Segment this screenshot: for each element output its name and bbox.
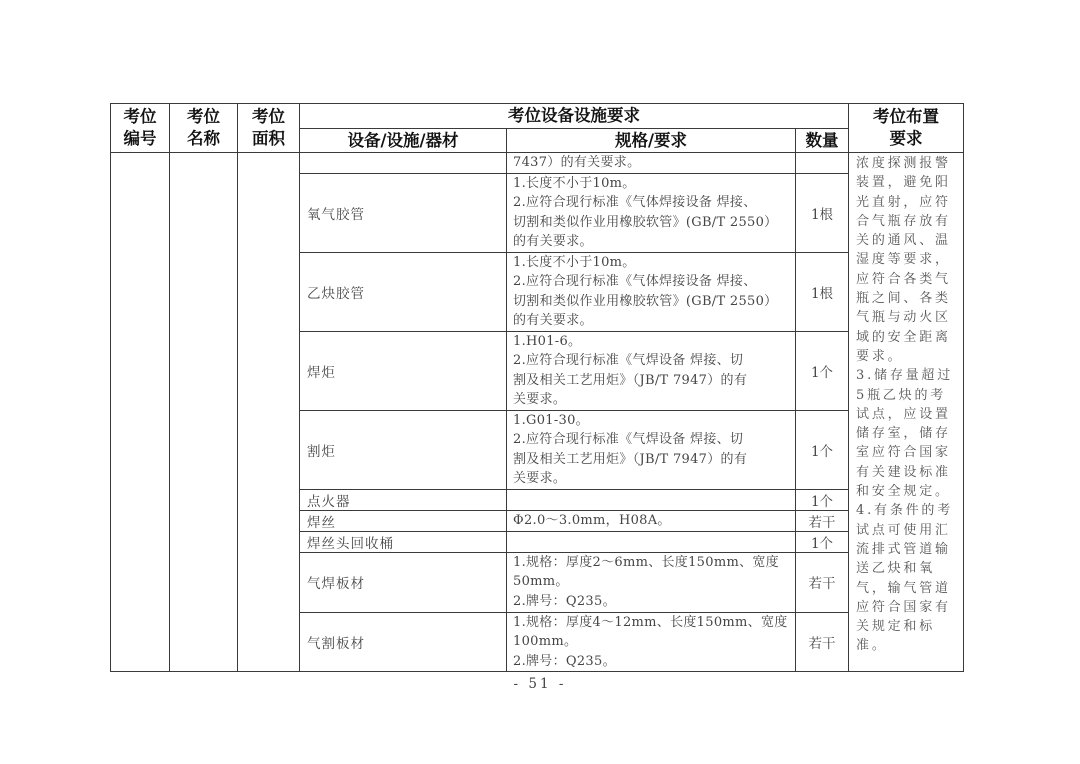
- layout-requirement-line: 4.有条件的考: [856, 501, 956, 520]
- page-number: - 51 -: [0, 676, 1080, 692]
- cell-spec: 1.规格：厚度4～12mm、长度150mm、宽度100mm。2.牌号：Q235。: [507, 612, 796, 672]
- header-exam-area: 考位面积: [238, 104, 300, 153]
- cell-spec: 1.长度不小于10m。2.应符合现行标准《气体焊接设备 焊接、切割和类似作业用橡…: [507, 252, 796, 331]
- layout-requirement-line: 装置，避免阳: [856, 173, 956, 192]
- table-row: 7437）的有关要求。 浓度探测报警装置，避免阳光直射，应符合气瓶存放有关的通风…: [111, 153, 964, 174]
- cell-equipment: 焊丝: [300, 510, 507, 531]
- cell-quantity: 若干: [796, 552, 849, 612]
- cell-equipment: 气焊板材: [300, 552, 507, 612]
- layout-requirement-line: 瓶之间、各类: [856, 289, 956, 308]
- layout-requirement-line: 和安全规定。: [856, 482, 956, 501]
- layout-requirement-line: 流排式管道输: [856, 540, 956, 559]
- cell-spec: 1.H01-6。2.应符合现行标准《气焊设备 焊接、切割及相关工艺用炬》（JB/…: [507, 331, 796, 410]
- layout-requirement-line: 浓度探测报警: [856, 154, 956, 173]
- layout-requirement-line: 试点可使用汇: [856, 521, 956, 540]
- cell-equipment: 点火器: [300, 489, 507, 510]
- cell-spec: [507, 531, 796, 552]
- cell-quantity: 1个: [796, 331, 849, 410]
- cell-quantity: 1根: [796, 252, 849, 331]
- cell-quantity: 1根: [796, 173, 849, 252]
- layout-requirement-line: 有关建设标准: [856, 463, 956, 482]
- layout-requirement-line: 应符合各类气: [856, 270, 956, 289]
- layout-requirement-line: 送乙炔和氧: [856, 559, 956, 578]
- layout-requirement-line: 关的通风、温: [856, 231, 956, 250]
- cell-equipment: 乙炔胶管: [300, 252, 507, 331]
- cell-equipment: 气割板材: [300, 612, 507, 672]
- layout-requirement-line: 湿度等要求，: [856, 250, 956, 269]
- cell-exam-name: [170, 153, 238, 672]
- exam-equipment-table: 考位编号 考位名称 考位面积 考位设备设施要求 考位布置要求 设备/设施/器材 …: [110, 103, 964, 672]
- cell-spec: 7437）的有关要求。: [507, 153, 796, 174]
- header-spec: 规格/要求: [507, 129, 796, 153]
- header-layout-requirements: 考位布置要求: [849, 104, 964, 153]
- cell-layout-requirements: 浓度探测报警装置，避免阳光直射，应符合气瓶存放有关的通风、温湿度等要求，应符合各…: [849, 153, 964, 672]
- cell-equipment: 氧气胶管: [300, 173, 507, 252]
- layout-requirement-line: 室应符合国家: [856, 443, 956, 462]
- cell-equipment: 焊炬: [300, 331, 507, 410]
- layout-requirement-line: 光直射，应符: [856, 193, 956, 212]
- layout-requirement-line: 准。: [856, 636, 956, 655]
- layout-requirement-line: 气，输气管道: [856, 579, 956, 598]
- header-exam-id: 考位编号: [111, 104, 170, 153]
- cell-spec: 1.长度不小于10m。2.应符合现行标准《气体焊接设备 焊接、切割和类似作业用橡…: [507, 173, 796, 252]
- header-quantity: 数量: [796, 129, 849, 153]
- layout-requirement-line: 气瓶与动火区: [856, 308, 956, 327]
- layout-requirement-line: 储存室，储存: [856, 424, 956, 443]
- cell-exam-id: [111, 153, 170, 672]
- header-exam-name: 考位名称: [170, 104, 238, 153]
- header-equipment: 设备/设施/器材: [300, 129, 507, 153]
- cell-quantity: 1个: [796, 489, 849, 510]
- cell-quantity: [796, 153, 849, 174]
- layout-requirement-line: 试点，应设置: [856, 405, 956, 424]
- layout-requirement-line: 要求。: [856, 347, 956, 366]
- layout-requirement-line: 5瓶乙炔的考: [856, 386, 956, 405]
- cell-quantity: 1个: [796, 531, 849, 552]
- layout-requirement-line: 合气瓶存放有: [856, 212, 956, 231]
- layout-requirement-line: 应符合国家有: [856, 598, 956, 617]
- layout-requirement-line: 3.储存量超过: [856, 366, 956, 385]
- header-equipment-requirements: 考位设备设施要求: [300, 104, 849, 129]
- cell-quantity: 若干: [796, 612, 849, 672]
- cell-quantity: 若干: [796, 510, 849, 531]
- cell-spec: [507, 489, 796, 510]
- cell-exam-area: [238, 153, 300, 672]
- cell-equipment: 焊丝头回收桶: [300, 531, 507, 552]
- cell-spec: 1.G01-30。2.应符合现行标准《气焊设备 焊接、切割及相关工艺用炬》（JB…: [507, 410, 796, 489]
- cell-equipment: [300, 153, 507, 174]
- cell-equipment: 割炬: [300, 410, 507, 489]
- cell-spec: 1.规格：厚度2～6mm、长度150mm、宽度50mm。2.牌号：Q235。: [507, 552, 796, 612]
- layout-requirement-line: 域的安全距离: [856, 328, 956, 347]
- cell-quantity: 1个: [796, 410, 849, 489]
- layout-requirement-line: 关规定和标: [856, 617, 956, 636]
- cell-spec: Φ2.0～3.0mm，H08A。: [507, 510, 796, 531]
